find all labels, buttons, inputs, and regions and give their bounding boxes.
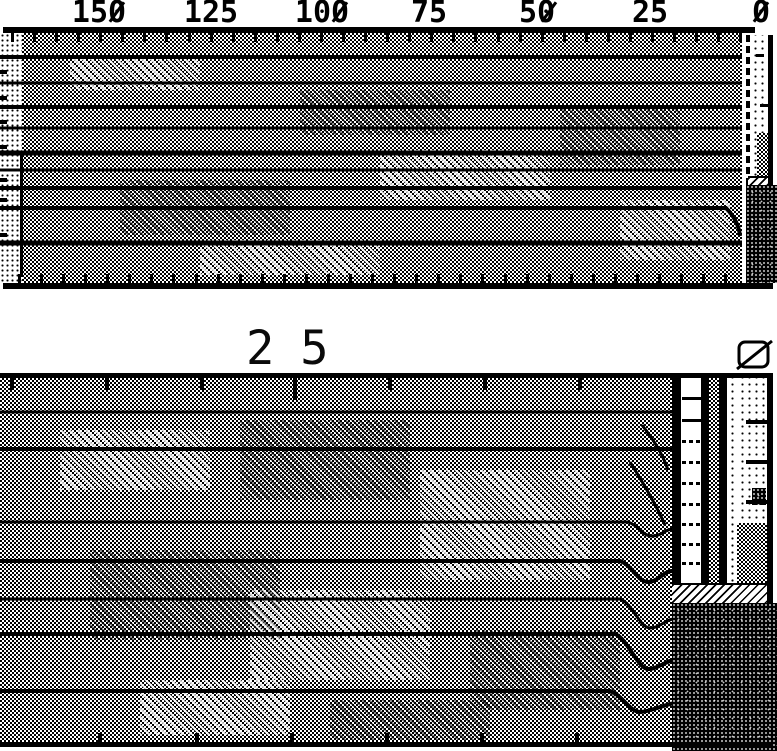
axis-minor-tick bbox=[739, 33, 742, 42]
reflector-line bbox=[0, 691, 676, 712]
dark-anomaly-block bbox=[746, 185, 777, 283]
dark-anomaly-block bbox=[672, 603, 777, 751]
casing-annulus-texture bbox=[709, 378, 719, 583]
axis-minor-tick bbox=[342, 33, 345, 42]
axis-minor-tick bbox=[672, 378, 676, 390]
axis-minor-tick bbox=[106, 274, 109, 283]
axis-minor-tick bbox=[385, 733, 389, 742]
annulus-dotted-column bbox=[727, 378, 737, 583]
axis-minor-tick bbox=[673, 33, 676, 42]
casing-rung bbox=[682, 482, 701, 485]
detail-top-bar bbox=[0, 373, 773, 378]
axis-minor-tick bbox=[217, 274, 220, 283]
axis-minor-tick bbox=[239, 274, 242, 283]
axis-minor-tick bbox=[541, 33, 544, 42]
axis-minor-tick bbox=[283, 274, 286, 283]
borehole-depth-tick bbox=[746, 420, 767, 424]
axis-minor-tick bbox=[563, 33, 566, 42]
axis-minor-tick bbox=[105, 378, 109, 390]
axis-minor-tick bbox=[474, 33, 477, 42]
overview-bottom-bar bbox=[3, 283, 773, 289]
axis-minor-tick bbox=[702, 274, 705, 283]
axis-minor-tick bbox=[298, 33, 301, 42]
axis-minor-tick bbox=[290, 733, 294, 742]
axis-minor-tick bbox=[548, 274, 551, 283]
zero-slash bbox=[753, 1, 770, 22]
axis-minor-tick bbox=[651, 33, 654, 42]
panel-right-border bbox=[768, 35, 773, 185]
reflector-line bbox=[0, 522, 673, 536]
margin-stub bbox=[0, 70, 7, 74]
zero-slashed-glyph bbox=[736, 338, 774, 372]
borehole-depth-tick bbox=[746, 500, 767, 504]
borehole-fill bbox=[737, 523, 767, 583]
axis-minor-tick bbox=[504, 274, 507, 283]
open-borehole-column bbox=[757, 35, 768, 133]
axis-minor-tick bbox=[172, 274, 175, 283]
axis-minor-tick bbox=[452, 33, 455, 42]
axis-minor-tick bbox=[607, 33, 610, 42]
axis-tick-label: 150 bbox=[72, 0, 126, 26]
casing-wall-right bbox=[719, 378, 727, 583]
axis-minor-tick bbox=[415, 274, 418, 283]
borehole-fill bbox=[757, 133, 768, 176]
axis-minor-tick bbox=[55, 33, 58, 42]
axis-minor-tick bbox=[629, 33, 632, 42]
zero-slash bbox=[541, 1, 558, 22]
axis-minor-tick bbox=[724, 274, 727, 283]
axis-minor-tick bbox=[276, 33, 279, 42]
zero-slash bbox=[332, 1, 349, 22]
axis-minor-tick bbox=[10, 378, 14, 390]
casing-rung bbox=[682, 543, 701, 546]
axis-minor-tick bbox=[261, 274, 264, 283]
figure-canvas: 25 1501251007550250 bbox=[0, 0, 777, 751]
axis-tick-label: 50 bbox=[519, 0, 555, 26]
axis-minor-tick bbox=[408, 33, 411, 42]
margin-stub bbox=[0, 178, 7, 182]
margin-stub bbox=[0, 198, 7, 202]
casing-rung bbox=[682, 461, 701, 464]
axis-minor-tick bbox=[210, 33, 213, 42]
casing-rung bbox=[682, 503, 701, 506]
casing-rung bbox=[682, 562, 701, 565]
axis-minor-tick bbox=[195, 274, 198, 283]
axis-minor-tick bbox=[40, 274, 43, 283]
borehole-depth-tick bbox=[760, 104, 768, 107]
axis-minor-tick bbox=[11, 33, 14, 42]
axis-minor-tick bbox=[578, 378, 582, 390]
axis-minor-tick bbox=[195, 733, 199, 742]
margin-stub bbox=[0, 233, 7, 237]
axis-minor-tick bbox=[388, 378, 392, 390]
axis-minor-tick bbox=[695, 33, 698, 42]
axis-minor-tick bbox=[150, 274, 153, 283]
axis-minor-tick bbox=[327, 274, 330, 283]
axis-minor-tick bbox=[481, 274, 484, 283]
casing-ladder-column bbox=[681, 378, 701, 580]
axis-minor-tick bbox=[393, 274, 396, 283]
reflector-line bbox=[0, 634, 675, 669]
axis-minor-tick bbox=[143, 33, 146, 42]
axis-minor-tick bbox=[98, 733, 102, 742]
axis-minor-tick bbox=[480, 733, 484, 742]
margin-stub bbox=[0, 120, 7, 124]
axis-minor-tick bbox=[77, 33, 80, 42]
axis-tick-label: 75 bbox=[411, 0, 447, 26]
axis-minor-tick bbox=[18, 274, 21, 283]
axis-minor-tick bbox=[84, 274, 87, 283]
axis-minor-tick bbox=[62, 274, 65, 283]
margin-stub bbox=[0, 145, 7, 149]
casing-wall-left bbox=[672, 378, 681, 583]
axis-minor-tick bbox=[430, 33, 433, 42]
reflector-line bbox=[630, 462, 665, 525]
axis-minor-tick bbox=[99, 33, 102, 42]
axis-minor-tick bbox=[320, 33, 323, 42]
zero-slash bbox=[109, 1, 126, 22]
casing-rung bbox=[682, 397, 701, 400]
axis-minor-tick bbox=[254, 33, 257, 42]
reflector-line bbox=[0, 599, 674, 628]
axis-minor-tick bbox=[200, 378, 204, 390]
axis-minor-tick bbox=[570, 274, 573, 283]
axis-minor-tick bbox=[585, 33, 588, 42]
detail-bottom-bar bbox=[0, 742, 773, 747]
axis-minor-tick bbox=[717, 33, 720, 42]
axis-minor-tick bbox=[658, 274, 661, 283]
axis-minor-tick bbox=[437, 274, 440, 283]
axis-minor-tick bbox=[459, 274, 462, 283]
axis-minor-tick bbox=[371, 274, 374, 283]
axis-minor-tick bbox=[121, 33, 124, 42]
axis-tick-label: 0 bbox=[752, 0, 770, 26]
detail-scale-label: 25 bbox=[246, 329, 355, 369]
axis-minor-tick bbox=[680, 274, 683, 283]
axis-minor-tick bbox=[497, 33, 500, 42]
axis-minor-tick bbox=[483, 378, 487, 390]
borehole-depth-tick bbox=[756, 54, 764, 57]
panel-right-border bbox=[767, 378, 773, 603]
axis-minor-tick bbox=[592, 274, 595, 283]
axis-tick-label: 100 bbox=[295, 0, 349, 26]
axis-minor-tick bbox=[386, 33, 389, 42]
margin-stub bbox=[0, 96, 7, 100]
axis-minor-tick bbox=[575, 733, 579, 742]
borehole-depth-tick bbox=[746, 460, 767, 464]
axis-minor-tick bbox=[614, 274, 617, 283]
casing-wall-mid bbox=[701, 378, 709, 583]
axis-minor-tick bbox=[636, 274, 639, 283]
axis-minor-tick bbox=[519, 33, 522, 42]
axis-minor-tick bbox=[188, 33, 191, 42]
axis-minor-tick bbox=[349, 274, 352, 283]
axis-minor-tick bbox=[364, 33, 367, 42]
reflector-line bbox=[0, 208, 740, 236]
axis-minor-tick bbox=[165, 33, 168, 42]
axis-minor-tick bbox=[305, 274, 308, 283]
axis-minor-tick bbox=[232, 33, 235, 42]
axis-tick-label: 25 bbox=[632, 0, 668, 26]
casing-rung bbox=[682, 440, 701, 443]
axis-minor-tick bbox=[128, 274, 131, 283]
axis-tick-label: 125 bbox=[184, 0, 238, 26]
casing-rung bbox=[682, 523, 701, 526]
reflector-line bbox=[0, 561, 672, 582]
casing-rung bbox=[682, 419, 701, 422]
margin-divider-line bbox=[20, 155, 23, 277]
axis-minor-tick bbox=[293, 378, 297, 400]
axis-minor-tick bbox=[33, 33, 36, 42]
axis-minor-tick bbox=[526, 274, 529, 283]
